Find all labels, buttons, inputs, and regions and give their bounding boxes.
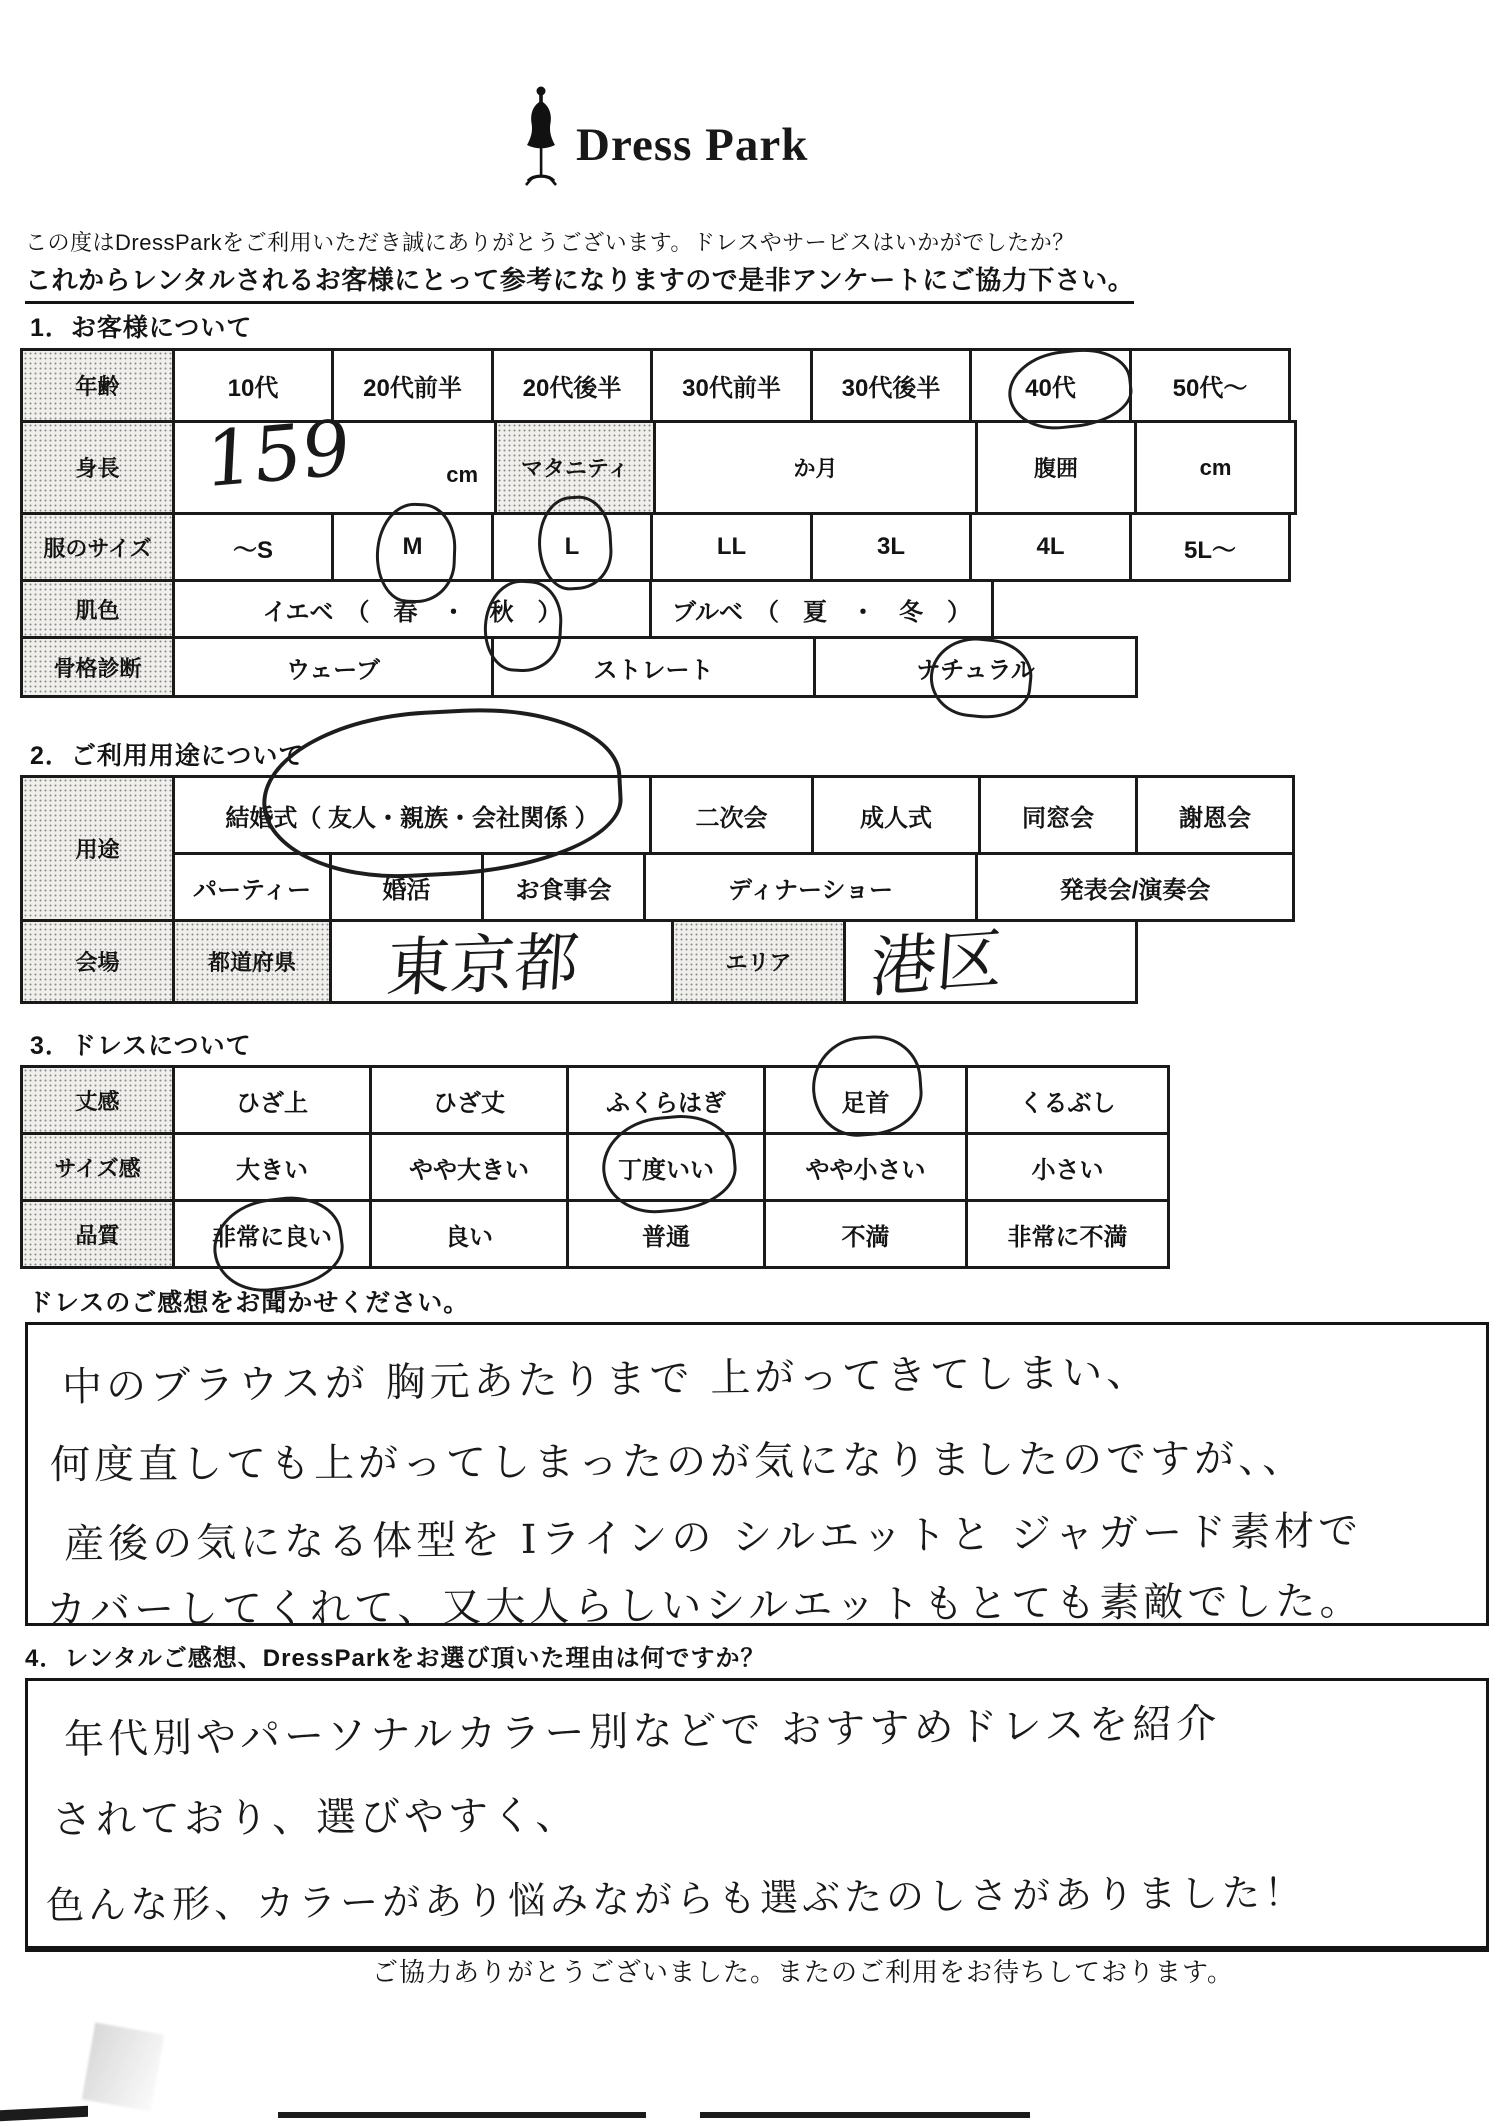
skin-paren-close: ）: [514, 592, 562, 627]
dress-feedback-line4: カバーしてくれて、又大人らしいシルエットもとても素敵でした。: [46, 1569, 1364, 1635]
quality-option-average[interactable]: 普通: [566, 1199, 766, 1269]
customer-table: 年齢 10代 20代前半 20代後半 30代前半 30代後半 40代 50代～ …: [20, 348, 1312, 698]
fit-option-slightly-small[interactable]: やや小さい: [763, 1132, 968, 1202]
bone-option-wave[interactable]: ウェーブ: [172, 636, 494, 698]
prefecture-handwritten-value: 東京都: [384, 911, 582, 1010]
skin-yellow-text: イエベ （ 春 ・: [262, 592, 489, 627]
age-option-50s[interactable]: 50代～: [1129, 348, 1291, 423]
purpose-option-thanks-party[interactable]: 謝恩会: [1135, 775, 1295, 855]
reason-line2: されており、選びやすく、: [52, 1784, 580, 1846]
fit-option-small[interactable]: 小さい: [965, 1132, 1170, 1202]
bone-structure-label: 骨格診断: [20, 636, 175, 698]
height-handwritten-value: 159: [203, 402, 352, 504]
quality-option-very-dissatisfied[interactable]: 非常に不満: [965, 1199, 1170, 1269]
skin-tone-label: 肌色: [20, 579, 175, 639]
skin-option-yellow-base[interactable]: イエベ （ 春 ・ 秋 ）: [172, 579, 652, 639]
dress-feedback-line2: 何度直しても上がってしまったのが気になりましたのですが、、: [50, 1427, 1306, 1491]
size-option-4l[interactable]: 4L: [969, 512, 1132, 582]
length-option-above-knee[interactable]: ひざ上: [172, 1065, 372, 1135]
length-label: 丈感: [20, 1065, 175, 1135]
footer-thanks: ご協力ありがとうございました。またのご利用をお待ちしております。: [372, 1952, 1234, 1989]
brand-logo: Dress Park: [518, 84, 808, 188]
intro-line1: この度はDressParkをご利用いただき誠にありがとうございます。ドレスやサー…: [25, 226, 1075, 257]
length-option-ankle-selected[interactable]: 足首: [763, 1065, 968, 1135]
area-label: エリア: [671, 919, 846, 1004]
section2-title: 2．ご利用用途について: [30, 736, 304, 772]
maternity-option[interactable]: マタニティ: [494, 420, 656, 515]
age-option-late30s[interactable]: 30代後半: [810, 348, 972, 423]
quality-option-very-good-selected[interactable]: 非常に良い: [172, 1199, 372, 1269]
waist-label: 腹囲: [975, 420, 1137, 515]
brand-name: Dress Park: [576, 118, 808, 172]
bone-option-straight[interactable]: ストレート: [491, 636, 816, 698]
maternity-months-cell[interactable]: か月: [653, 420, 978, 515]
skin-autumn-text: 秋: [490, 592, 514, 627]
prefecture-label: 都道府県: [172, 919, 332, 1004]
height-label: 身長: [20, 420, 175, 515]
area-handwritten-value: 港区: [868, 905, 1006, 1010]
fit-option-large[interactable]: 大きい: [172, 1132, 372, 1202]
section3-title: 3．ドレスについて: [30, 1026, 252, 1062]
fit-option-just-right-selected[interactable]: 丁度いい: [566, 1132, 766, 1202]
length-row: 丈感 ひざ上 ひざ丈 ふくらはぎ 足首 くるぶし: [20, 1065, 1185, 1135]
section1-title: 1．お客様について: [30, 308, 252, 344]
length-option-calf[interactable]: ふくらはぎ: [566, 1065, 766, 1135]
waist-unit-cell[interactable]: cm: [1134, 420, 1297, 515]
dress-feedback-prompt: ドレスのご感想をお聞かせください。: [28, 1283, 469, 1319]
area-value-cell[interactable]: 港区: [843, 919, 1138, 1004]
age-option-early30s[interactable]: 30代前半: [650, 348, 813, 423]
bone-option-natural-selected[interactable]: ナチュラル: [813, 636, 1138, 698]
scan-artifact-smudge: [82, 2023, 164, 2112]
dress-table: 丈感 ひざ上 ひざ丈 ふくらはぎ 足首 くるぶし サイズ感 大きい やや大きい …: [20, 1065, 1185, 1269]
size-option-ll[interactable]: LL: [650, 512, 813, 582]
age-row: 年齢 10代 20代前半 20代後半 30代前半 30代後半 40代 50代～: [20, 348, 1312, 423]
fit-row: サイズ感 大きい やや大きい 丁度いい やや小さい 小さい: [20, 1132, 1185, 1202]
bone-structure-row: 骨格診断 ウェーブ ストレート ナチュラル: [20, 636, 1312, 698]
height-unit: cm: [446, 462, 478, 488]
purpose-row1: 結婚式（ 友人・親族・会社関係 ） 二次会 成人式 同窓会 謝恩会: [172, 775, 1310, 855]
scan-artifact-line1: [0, 2106, 88, 2122]
age-option-40s-selected[interactable]: 40代: [969, 348, 1132, 423]
purpose-row2: パーティー 婚活 お食事会 ディナーショー 発表会/演奏会: [172, 852, 1310, 922]
length-option-anklebone[interactable]: くるぶし: [965, 1065, 1170, 1135]
purpose-label: 用途: [20, 775, 175, 922]
purpose-option-recital[interactable]: 発表会/演奏会: [975, 852, 1295, 922]
quality-label: 品質: [20, 1199, 175, 1269]
size-option-m-selected[interactable]: M: [331, 512, 494, 582]
purpose-option-konkatsu[interactable]: 婚活: [329, 852, 484, 922]
fit-label: サイズ感: [20, 1132, 175, 1202]
usage-table: 用途 結婚式（ 友人・親族・会社関係 ） 二次会 成人式 同窓会 謝恩会 パーテ…: [20, 775, 1310, 1004]
age-option-late20s[interactable]: 20代後半: [491, 348, 653, 423]
length-option-knee[interactable]: ひざ丈: [369, 1065, 569, 1135]
clothing-size-label: 服のサイズ: [20, 512, 175, 582]
age-option-early20s[interactable]: 20代前半: [331, 348, 494, 423]
height-value-cell[interactable]: 159 cm: [172, 420, 497, 515]
size-option-5l[interactable]: 5L～: [1129, 512, 1291, 582]
quality-option-good[interactable]: 良い: [369, 1199, 569, 1269]
venue-label: 会場: [20, 919, 175, 1004]
skin-tone-row: 肌色 イエベ （ 春 ・ 秋 ） ブルベ （ 夏 ・ 冬 ）: [20, 579, 1312, 639]
prefecture-value-cell[interactable]: 東京都: [329, 919, 674, 1004]
scan-artifact-line3: [700, 2112, 1030, 2118]
dress-form-icon: [518, 84, 564, 188]
size-option-3l[interactable]: 3L: [810, 512, 972, 582]
size-option-s[interactable]: ～S: [172, 512, 334, 582]
intro-line2: これからレンタルされるお客様にとって参考になりますので是非アンケートにご協力下さ…: [25, 260, 1134, 304]
scan-artifact-line2: [278, 2112, 646, 2118]
age-label: 年齢: [20, 348, 175, 423]
purpose-option-wedding-selected[interactable]: 結婚式（ 友人・親族・会社関係 ）: [172, 775, 652, 855]
purpose-option-reunion[interactable]: 同窓会: [978, 775, 1138, 855]
quality-row: 品質 非常に良い 良い 普通 不満 非常に不満: [20, 1199, 1185, 1269]
venue-row: 会場 都道府県 東京都 エリア 港区: [20, 919, 1310, 1004]
size-option-l-selected[interactable]: L: [491, 512, 653, 582]
section4-title: 4．レンタルご感想、DressParkをお選び頂いた理由は何ですか？: [25, 1638, 766, 1673]
survey-scan-page: Dress Park この度はDressParkをご利用いただき誠にありがとうご…: [0, 0, 1500, 2127]
fit-option-slightly-large[interactable]: やや大きい: [369, 1132, 569, 1202]
purpose-option-afterparty[interactable]: 二次会: [649, 775, 814, 855]
purpose-option-party[interactable]: パーティー: [172, 852, 332, 922]
height-row: 身長 159 cm マタニティ か月 腹囲 cm: [20, 420, 1312, 515]
purpose-option-coming-of-age[interactable]: 成人式: [811, 775, 981, 855]
quality-option-dissatisfied[interactable]: 不満: [763, 1199, 968, 1269]
clothing-size-row: 服のサイズ ～S M L LL 3L 4L 5L～: [20, 512, 1312, 582]
skin-option-blue-base[interactable]: ブルベ （ 夏 ・ 冬 ）: [649, 579, 994, 639]
